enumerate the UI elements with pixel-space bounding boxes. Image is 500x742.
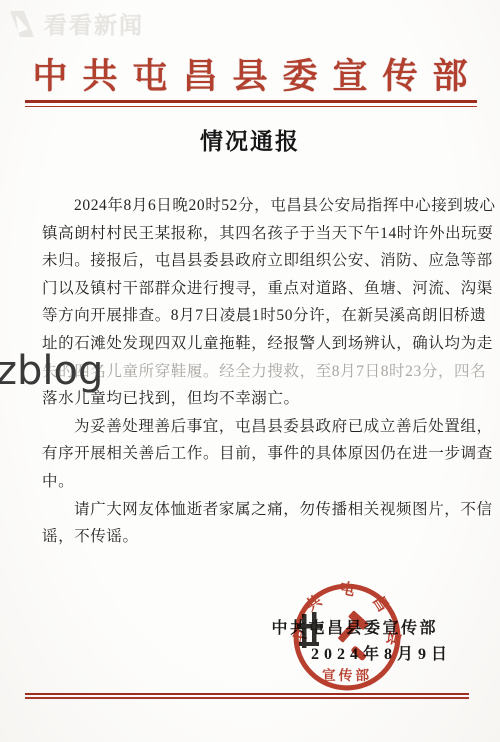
document-body: 2024年8月6日晚20时52分，屯昌县公安局指挥中心接到坡心 镇高朗村村民王某… <box>42 192 466 551</box>
body-line: 谣，不传谣。 <box>42 523 466 551</box>
seal-bottom-text: 宣传部 <box>322 667 372 683</box>
kankan-news-watermark: 看看新闻 <box>8 7 144 40</box>
news-watermark-label: 看看新闻 <box>44 7 144 40</box>
body-line: 址的石滩处发现四双儿童拖鞋，经报警人到场辨认，确认均为走 <box>42 330 466 358</box>
body-line: 为妥善处理善后事宜，屯昌县委县政府已成立善后处置组， <box>42 413 466 441</box>
body-line: 未归。接报后，屯昌县委县政府立即组织公安、消防、应急等部 <box>42 247 466 275</box>
body-line: 2024年8月6日晚20时52分，屯昌县公安局指挥中心接到坡心 <box>42 192 466 220</box>
body-line: 请广大网友体恤逝者家属之痛，勿传播相关视频图片，不信 <box>42 496 466 524</box>
agency-letterhead: 中共屯昌县委宣传部 <box>0 49 500 99</box>
kankan-news-logo-icon <box>8 9 38 39</box>
body-line-faded: 失的四名儿童所穿鞋履。经全力搜救，至8月7日8时23分，四名 <box>42 358 466 386</box>
body-line: 门以及镇村干部群众进行搜寻，重点对道路、鱼塘、河流、沟渠 <box>42 275 466 303</box>
zblog-watermark: zblog <box>0 348 103 394</box>
body-line: 有序开展相关善后工作。目前，事件的具体原因仍在进一步调查 <box>42 440 466 468</box>
body-line: 等方向开展排查。8月7日凌晨1时50分许，在新吴溪高朗旧桥遗 <box>42 302 466 330</box>
official-seal: 中共屯昌县委 宣传部 <box>290 580 404 694</box>
body-line: 中。 <box>42 468 466 496</box>
document-page: 看看新闻 中共屯昌县委宣传部 情况通报 2024年8月6日晚20时52分，屯昌县… <box>0 0 500 742</box>
footer-rule <box>25 693 469 699</box>
hammer-and-sickle-icon <box>327 610 369 661</box>
seal-arc-text: 中共屯昌县委 <box>290 580 403 664</box>
letterhead-rule <box>25 100 477 107</box>
body-line: 落水儿童均已找到，但均不幸溺亡。 <box>42 385 466 413</box>
document-title: 情况通报 <box>0 123 500 156</box>
body-line: 镇高朗村村民王某报称，其四名孩子于当天下午14时许外出玩耍 <box>42 220 466 248</box>
